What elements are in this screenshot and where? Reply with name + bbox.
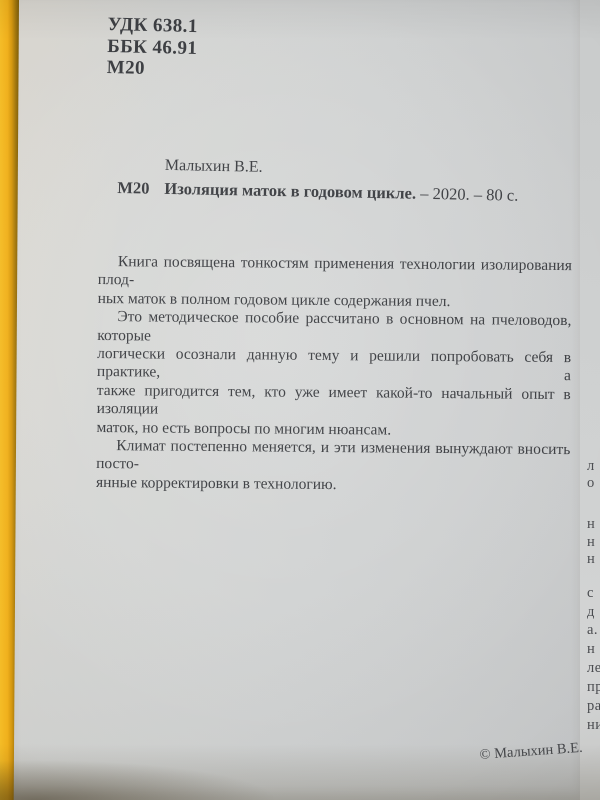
- annotation-line: Это методическое пособие рассчитано в ос…: [97, 308, 571, 349]
- text-fragment: н: [587, 534, 595, 551]
- entry-imprint: – 2020. – 80 с.: [416, 184, 519, 205]
- text-fragment: ра: [587, 698, 600, 715]
- annotation-line: Книга посвящена тонкостям применения тех…: [98, 253, 572, 294]
- author-sign: М20: [107, 57, 197, 81]
- text-fragment: с: [587, 585, 594, 602]
- facing-page-text-fragments: л о н н н с д а. н ле пр ра ни: [587, 0, 600, 800]
- cataloging-block: УДК 638.1 ББК 46.91 М20: [107, 14, 198, 81]
- text-fragment: ни: [587, 717, 600, 734]
- text-fragment: д: [587, 604, 595, 621]
- text-fragment: а.: [587, 622, 598, 639]
- text-fragment: н: [587, 516, 595, 533]
- annotation-line: логически осознали данную тему и решили …: [97, 345, 571, 386]
- book-page-photo: л о н н н с д а. н ле пр ра ни УДК 638.1…: [0, 0, 600, 800]
- entry-code: М20: [117, 178, 164, 199]
- book-title: Изоляция маток в годовом цикле.: [164, 179, 416, 203]
- udk-number: УДК 638.1: [108, 14, 198, 38]
- facing-page-edge: л о н н н с д а. н ле пр ра ни: [577, 0, 600, 800]
- text-fragment: ле: [587, 660, 600, 677]
- bbk-number: ББК 46.91: [107, 35, 197, 59]
- text-fragment: н: [587, 641, 595, 658]
- annotation-text: Книга посвящена тонкостям применения тех…: [96, 253, 572, 496]
- catalog-entry: Малыхин В.Е. М20Изоляция маток в годовом…: [117, 156, 519, 206]
- annotation-line: также пригодится тем, кто уже имеет како…: [97, 382, 571, 423]
- text-fragment: л: [587, 458, 595, 475]
- text-fragment: о: [587, 475, 595, 492]
- annotation-line: Климат постепенно меняется, и эти измене…: [96, 437, 570, 478]
- text-fragment: н: [587, 551, 595, 568]
- text-fragment: пр: [587, 679, 600, 696]
